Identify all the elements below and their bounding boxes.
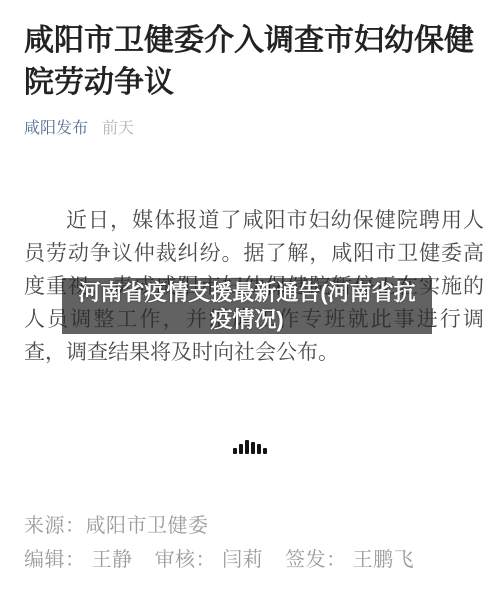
credits-line: 编辑： 王静 审核： 闫莉 签发： 王鹏飞 [24, 548, 476, 572]
editor-name: 王静 [92, 549, 133, 571]
source-line: 来源： 咸阳市卫健委 [24, 514, 476, 538]
account-name-link[interactable]: 咸阳发布 [24, 118, 88, 140]
reviewer-credit: 审核： 闫莉 [155, 548, 264, 572]
editor-label: 编辑： [24, 549, 86, 571]
editor-credit: 编辑： 王静 [24, 548, 133, 572]
article-meta: 咸阳发布 前天 [24, 118, 476, 140]
article-page: 咸阳市卫健委介入调查市妇幼保健院劳动争议 咸阳发布 前天 近日，媒体报道了咸阳市… [0, 0, 500, 615]
publish-time: 前天 [102, 118, 134, 140]
audio-bars-icon [24, 440, 476, 454]
reviewer-label: 审核： [155, 549, 217, 571]
source-label: 来源： [24, 514, 86, 538]
article-title: 咸阳市卫健委介入调查市妇幼保健院劳动争议 [24, 20, 484, 104]
issuer-label: 签发： [285, 549, 347, 571]
issuer-name: 王鹏飞 [353, 549, 415, 571]
article-footer: 来源： 咸阳市卫健委 编辑： 王静 审核： 闫莉 签发： 王鹏飞 [24, 514, 476, 572]
source-value: 咸阳市卫健委 [86, 514, 209, 538]
reviewer-name: 闫莉 [222, 549, 263, 571]
promo-overlay-banner[interactable]: 河南省疫情支援最新通告(河南省抗疫情况) [62, 278, 432, 334]
promo-overlay-text: 河南省疫情支援最新通告(河南省抗疫情况) [68, 279, 426, 333]
issuer-credit: 签发： 王鹏飞 [285, 548, 414, 572]
